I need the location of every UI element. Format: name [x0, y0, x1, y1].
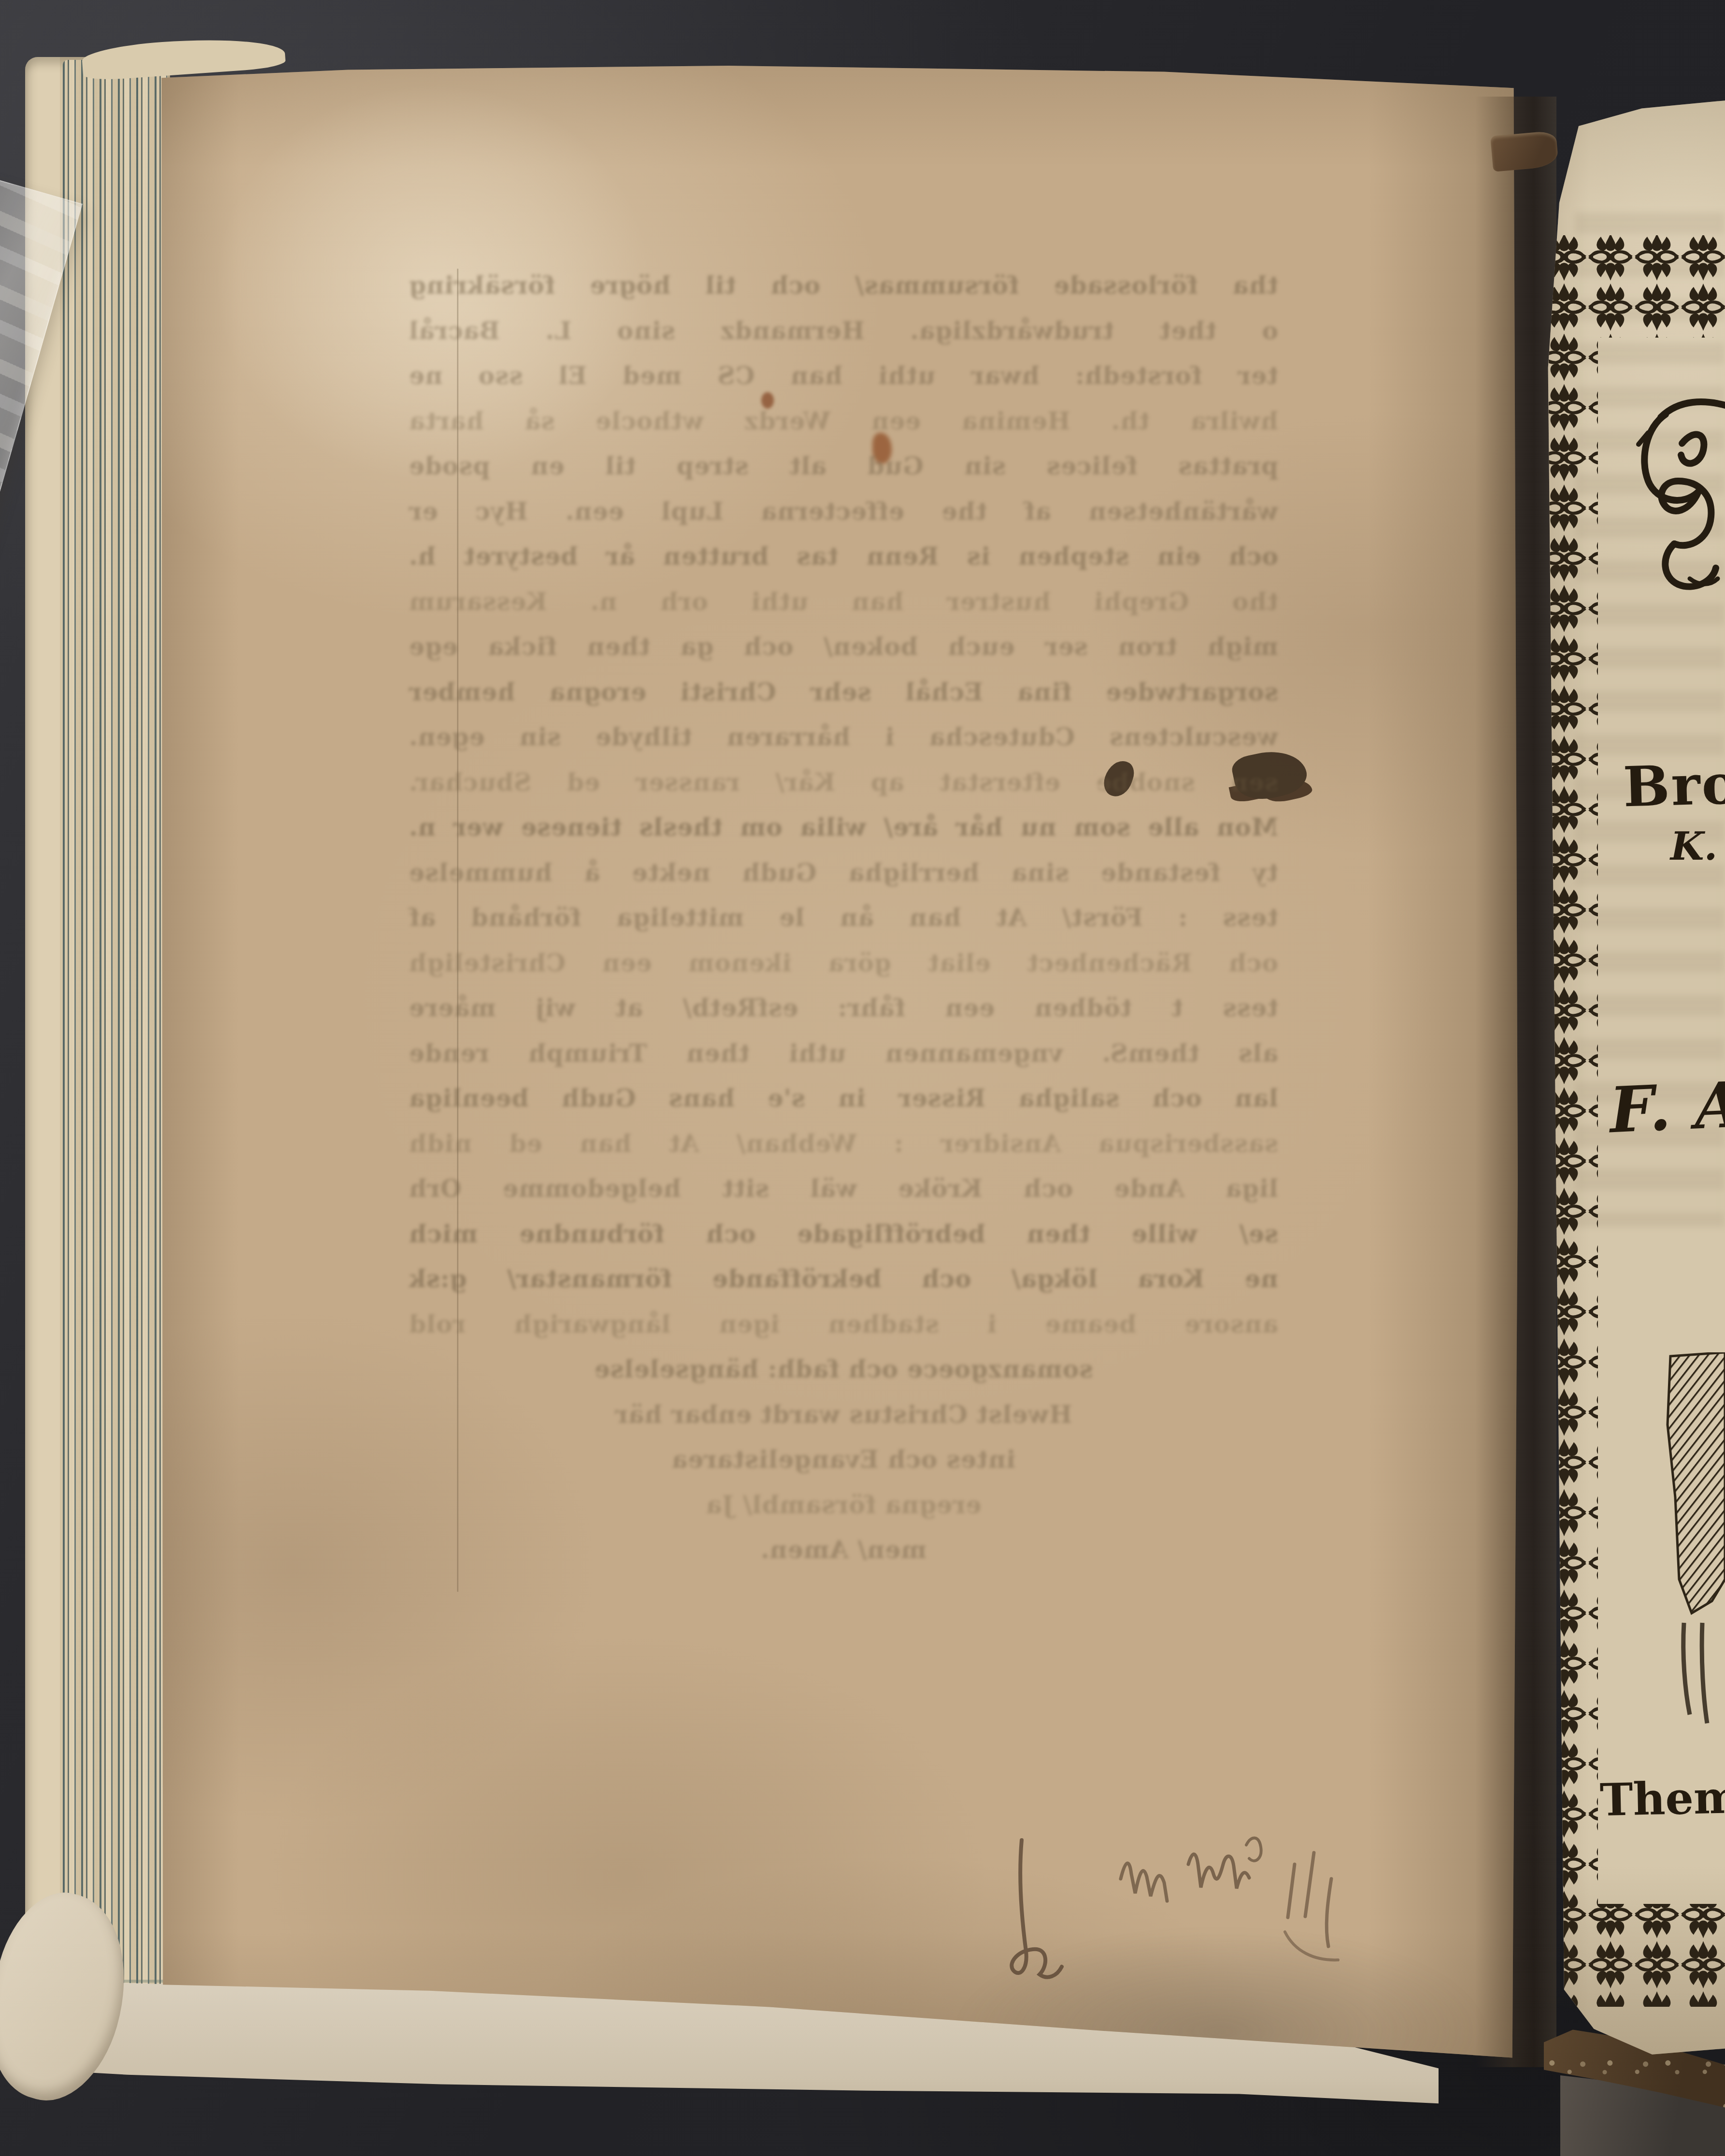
- woodcut-illustration-fragment: [1654, 1352, 1725, 1768]
- bleed-through-line: sassberispua Ansidrer : Webhan/ At han e…: [409, 1121, 1278, 1166]
- bleed-through-line: wårtänhetsen af the effecterna Lupl een.…: [409, 489, 1278, 534]
- bleed-through-line: liga Ande och Kröke wäl sitt helgedomme …: [409, 1166, 1278, 1211]
- photo-stage: tha förlossade försummas/ och til högre …: [0, 0, 1725, 2156]
- bleed-through-text: tha förlossade försummas/ och til högre …: [409, 263, 1278, 1573]
- title-fragment-f-an: F. An: [1608, 1071, 1725, 1142]
- bleed-through-line: ansore beame i stadhen igen långwarigh r…: [409, 1302, 1278, 1347]
- bleed-through-line: men/ Amen.: [409, 1527, 1278, 1573]
- bleed-through-line: prattas felices sin Gud alt strep til en…: [409, 443, 1278, 489]
- bleed-through-line: tha förlossade försummas/ och til högre …: [409, 263, 1278, 308]
- bleed-through-line: als themS. vngemannen uthi then Triumph …: [409, 1031, 1278, 1076]
- bleed-through-line: wesculctens Cdutescha i hårraren tilhyde…: [409, 714, 1278, 760]
- bleed-through-line: eregna försambl/ Ja: [409, 1482, 1278, 1528]
- bleed-through-line: sen snobbe efterstat ap Kår/ ransser ed …: [409, 760, 1278, 805]
- title-fragment-them: Them: [1599, 1775, 1725, 1822]
- left-page: tha förlossade försummas/ och til högre …: [157, 66, 1518, 2094]
- gutter-shadow: [1475, 97, 1556, 2067]
- woodcut-initial: [1632, 386, 1725, 618]
- bleed-through-line: o thet trudwårdzliga. Hermandz sino L. B…: [409, 308, 1278, 354]
- bleed-through-line: och Rächenhect eliat göra ikenom een Chr…: [409, 940, 1278, 986]
- bleed-through-line: lan och saligha Risser in s'e hans Gudh …: [409, 1076, 1278, 1121]
- bleed-through-line: Hwelst Christus wardt enbar här: [409, 1392, 1278, 1437]
- bleed-through-line: hwilra th. Hemina een Werdz wthocle så h…: [409, 398, 1278, 444]
- title-fragment-k: K.: [1670, 827, 1717, 865]
- ornament-border-bottom: [1594, 1904, 1725, 2007]
- bleed-through-line: tho Grephi hustrer han uthi orh n. Kessa…: [409, 579, 1278, 624]
- bleed-through-line: migh tron ser euch boken/ och ga then fi…: [409, 624, 1278, 669]
- bleed-through-line: ty festande sina herrligha Gudh nekte å …: [409, 850, 1278, 895]
- handwriting-scrawl: [976, 1806, 1343, 2000]
- book-fore-edge-stack: [25, 57, 170, 2052]
- bleed-through-line: intes och Evangelistarea: [409, 1437, 1278, 1482]
- bleed-through-line: tess t tödhen een fåhr: esfRetb/ at wij …: [409, 985, 1278, 1031]
- bleed-through-line: se/ wille then bebröffligade och förbund…: [409, 1211, 1278, 1257]
- bleed-through-line: Mon alle som nu hår åre/ wilia om thesls…: [409, 805, 1278, 850]
- bleed-through-line: ter forstedh: hwar uthi han CS med El ss…: [409, 353, 1278, 398]
- bleed-through-line: ne Kora lökga/ och bekröffande förmansta…: [409, 1256, 1278, 1302]
- bleed-through-line: och ein stephen is Renn tas brutten år b…: [409, 534, 1278, 579]
- bleed-through-line: sorgartwdee fina Echål sehr Christi erog…: [409, 669, 1278, 715]
- title-fragment-brod: Brod: [1622, 755, 1725, 814]
- bleed-through-line: somanzgoece och fadh: hängselelse: [409, 1347, 1278, 1392]
- bleed-through-line: tess : Först/ At han ån le mitteliga för…: [409, 895, 1278, 940]
- page-edge-stripes: [63, 60, 167, 2035]
